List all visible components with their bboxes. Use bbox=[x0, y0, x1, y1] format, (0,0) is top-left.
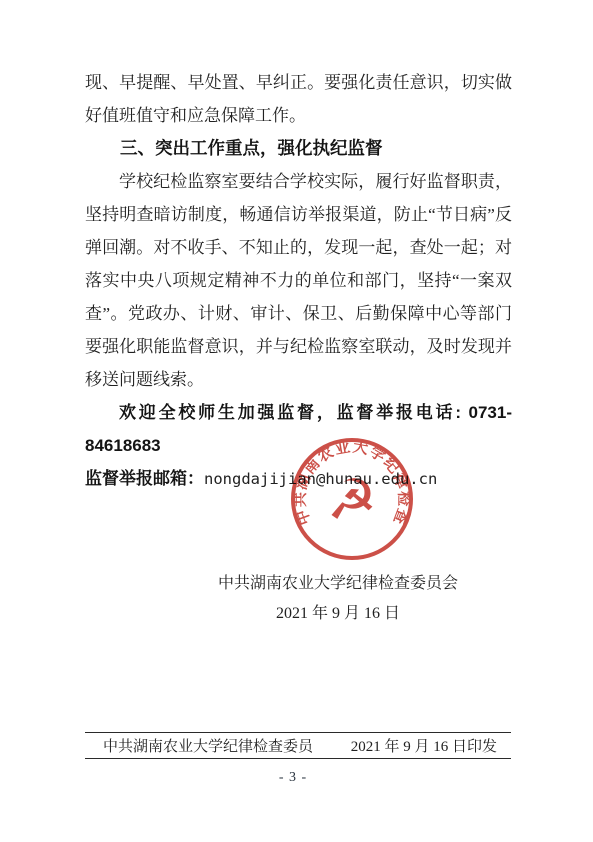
paragraph-main: 学校纪检监察室要结合学校实际，履行好监督职责，坚持明查暗访制度，畅通信访举报渠道… bbox=[85, 165, 512, 396]
paragraph-continuation: 现、早提醒、早处置、早纠正。要强化责任意识，切实做好值班值守和应急保障工作。 bbox=[85, 66, 512, 132]
email-address: nongdajijian@hunau.edu.cn bbox=[204, 470, 437, 488]
document-body: 现、早提醒、早处置、早纠正。要强化责任意识，切实做好值班值守和应急保障工作。 三… bbox=[0, 0, 593, 629]
email-label: 监督举报邮箱： bbox=[85, 469, 204, 488]
footer-bar: 中共湖南农业大学纪律检查委员 2021 年 9 月 16 日印发 bbox=[85, 732, 511, 759]
footer-issuer: 中共湖南农业大学纪律检查委员 bbox=[103, 735, 313, 756]
supervision-phone-line: 欢迎全校师生加强监督，监督举报电话: 0731-84618683 bbox=[85, 396, 512, 462]
page-number: - 3 - bbox=[0, 770, 586, 786]
signature-name: 中共湖南农业大学纪律检查委员会 bbox=[210, 569, 466, 599]
section-heading: 三、突出工作重点，强化执纪监督 bbox=[85, 132, 512, 165]
supervision-email-line: 监督举报邮箱：nongdajijian@hunau.edu.cn bbox=[85, 462, 512, 496]
document-page: 现、早提醒、早处置、早纠正。要强化责任意识，切实做好值班值守和应急保障工作。 三… bbox=[0, 0, 593, 842]
footer-print-date: 2021 年 9 月 16 日印发 bbox=[351, 735, 497, 756]
signature-block: 中共湖南农业大学纪律检查委员会 2021 年 9 月 16 日 bbox=[210, 569, 466, 629]
signature-date: 2021 年 9 月 16 日 bbox=[210, 599, 466, 629]
